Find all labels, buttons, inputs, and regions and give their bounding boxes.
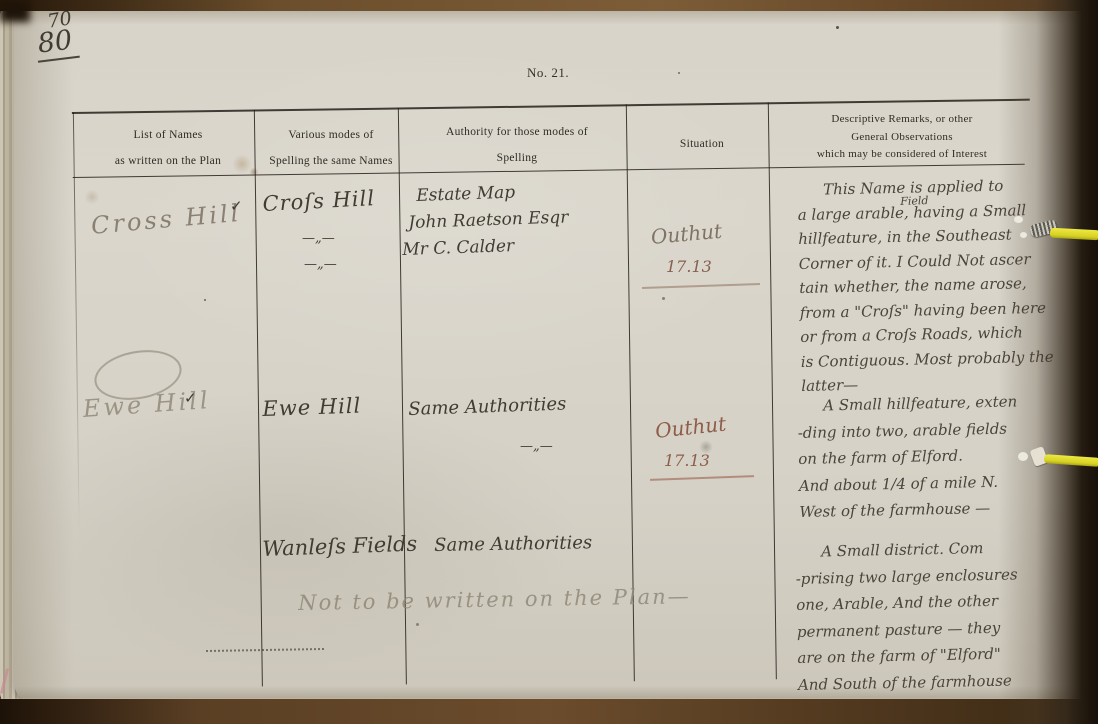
remarks-line: And South of the farmhouse — [798, 671, 1020, 702]
remarks-line: West of the farmhouse — — [799, 498, 1020, 529]
shadow-corner — [0, 0, 30, 22]
book-gutter-shadow — [998, 0, 1098, 724]
row2-checkmark: ✓ — [184, 389, 197, 407]
column-header-authority: Authority for those modes of Spelling — [404, 119, 630, 171]
row3-authority-entry: Same Authorities — [434, 532, 592, 556]
paper-chip — [1020, 232, 1027, 238]
row1-remarks-insertion: Field — [900, 194, 929, 208]
archival-book-photo: 70 80 No. 21. List of Names as written o… — [0, 0, 1098, 724]
row1-spelling-ditto: —„— — [304, 257, 337, 272]
header-line: Authority for those modes of — [404, 119, 630, 145]
header-line: Spelling the same Names — [260, 148, 402, 174]
column-divider-4 — [768, 102, 777, 679]
row2-situation-reference: 17.13 — [664, 451, 710, 470]
header-line: Various modes of — [260, 122, 402, 148]
column-header-situation: Situation — [632, 131, 772, 157]
row1-authority-entry: Mr C. Calder — [402, 236, 514, 260]
row1-authority-entry: Estate Map — [416, 183, 515, 206]
header-line: Descriptive Remarks, or other — [776, 111, 1028, 129]
name-book-page: 70 80 No. 21. List of Names as written o… — [14, 9, 1094, 704]
wooden-table-bottom-edge — [0, 699, 1098, 724]
row2-spelling: Ewe Hill — [262, 394, 362, 421]
paper-speck — [204, 299, 206, 301]
column-header-remarks: Descriptive Remarks, or other General Ob… — [776, 111, 1028, 164]
wooden-table-top-edge — [0, 0, 1098, 11]
row3-remarks: A Small district. Com -prising two large… — [795, 538, 1020, 702]
header-line: Situation — [632, 131, 772, 157]
paper-speck — [416, 623, 419, 626]
row1-checkmark: ✓ — [230, 197, 243, 215]
paper-speck — [678, 72, 680, 74]
row2-remarks: A Small hillfeature, exten -ding into tw… — [797, 392, 1020, 529]
row1-situation-reference: 17.13 — [666, 257, 712, 276]
row1-spelling-ditto: —„— — [302, 231, 335, 246]
row2-authority-ditto: —„— — [520, 439, 553, 454]
paper-chip — [1014, 216, 1023, 223]
header-line: which may be considered of Interest — [776, 146, 1028, 164]
column-header-names: List of Names as written on the Plan — [80, 122, 256, 174]
header-line: List of Names — [80, 122, 256, 148]
paper-chip — [1018, 452, 1028, 461]
table-border-left — [73, 112, 80, 532]
header-line: Spelling — [404, 145, 630, 171]
paper-speck — [836, 26, 839, 29]
paper-speck — [662, 297, 665, 300]
header-line: as written on the Plan — [80, 148, 256, 174]
header-line: General Observations — [776, 129, 1028, 147]
column-header-spelling: Various modes of Spelling the same Names — [260, 122, 402, 174]
